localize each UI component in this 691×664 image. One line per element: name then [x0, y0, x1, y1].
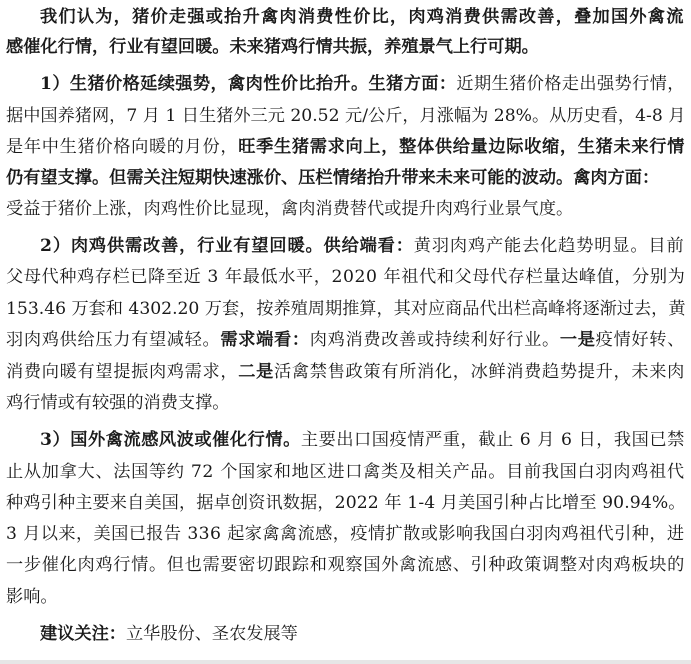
text-line: 消费向暖有望提振肉鸡需求，二是活禽禁售政策有所消化，冰鲜消费趋势提升，未来肉 [6, 357, 685, 387]
bold-text-run: 二是 [238, 362, 274, 382]
text-line: 3）国外禽流感风波或催化行情。主要出口国疫情严重，截止 6 月 6 日，我国已禁 [40, 425, 685, 455]
text-line: 我们认为，猪价走强或抬升禽肉消费性价比，肉鸡消费供需改善，叠加国外禽流 [40, 2, 685, 32]
text-run: 种鸡引种主要来自美国，据卓创资讯数据，2022 年 1-4 月美国引种占比增至 … [6, 493, 686, 513]
bold-text-run: 2）肉鸡供需改善，行业有望回暖。供给端看： [40, 236, 414, 256]
text-run: 鸡行情或有较强的消费支撑。 [6, 393, 229, 413]
text-line: 仍有望支撑。但需关注短期快速涨价、压栏情绪抬升带来未来可能的波动。禽肉方面： [6, 163, 659, 193]
text-run: 是年中生猪价格向暖的月份， [6, 137, 238, 157]
bold-text-run: 建议关注： [40, 624, 126, 644]
text-line: 153.46 万套和 4302.20 万套，按养殖周期推算，其对应商品代出栏高峰… [6, 294, 685, 324]
text-run: 3 月以来，美国已报告 336 起家禽禽流感，疫情扩散或影响我国白羽肉鸡祖代引种… [6, 524, 685, 544]
text-run: 近期生猪价格走出强势行情， [456, 74, 684, 94]
text-run: 据中国养猪网，7 月 1 日生猪外三元 20.52 元/公斤，月涨幅为 28%。… [6, 106, 685, 126]
text-run: 活禽禁售政策有所消化，冰鲜消费趋势提升，未来肉 [274, 362, 685, 382]
text-line: 3 月以来，美国已报告 336 起家禽禽流感，疫情扩散或影响我国白羽肉鸡祖代引种… [6, 519, 685, 549]
bold-text-run: 感催化行情，行业有望回暖。未来猪鸡行情共振，养殖景气上行可期。 [6, 37, 539, 57]
text-line: 止从加拿大、法国等约 72 个国家和地区进口禽类及相关产品。目前我国白羽肉鸡祖代 [6, 457, 685, 487]
bold-text-run: 仍有望支撑。但需关注短期快速涨价、压栏情绪抬升带来未来可能的波动。禽肉方面： [6, 168, 659, 188]
text-line: 据中国养猪网，7 月 1 日生猪外三元 20.52 元/公斤，月涨幅为 28%。… [6, 101, 685, 131]
text-run: 疫情好转、 [596, 330, 685, 350]
text-run: 一步催化肉鸡行情。但也需要密切跟踪和观察国外禽流感、引种政策调整对肉鸡板块的 [6, 555, 685, 575]
bold-text-run: 旺季生猪需求向上，整体供给量边际收缩，生猪未来行情 [238, 137, 685, 157]
text-run: 黄羽肉鸡产能去化趋势明显。目前 [414, 236, 685, 256]
text-line: 感催化行情，行业有望回暖。未来猪鸡行情共振，养殖景气上行可期。 [6, 32, 539, 62]
text-run: 止从加拿大、法国等约 72 个国家和地区进口禽类及相关产品。目前我国白羽肉鸡祖代 [6, 462, 685, 482]
page-bottom-edge [0, 660, 691, 664]
text-run: 消费向暖有望提振肉鸡需求， [6, 362, 238, 382]
text-line: 1）生猪价格延续强势，禽肉性价比抬升。生猪方面：近期生猪价格走出强势行情， [40, 69, 685, 99]
text-run: 肉鸡消费改善或持续利好行业。 [310, 330, 560, 350]
bold-text-run: 3）国外禽流感风波或催化行情。 [40, 430, 301, 450]
text-run: 影响。 [6, 587, 58, 607]
text-line: 鸡行情或有较强的消费支撑。 [6, 388, 229, 418]
text-line: 建议关注：立华股份、圣农发展等 [40, 619, 298, 649]
bold-text-run: 1）生猪价格延续强势，禽肉性价比抬升。生猪方面： [40, 74, 456, 94]
text-run: 153.46 万套和 4302.20 万套，按养殖周期推算，其对应商品代出栏高峰… [6, 299, 685, 319]
bold-text-run: 需求端看： [220, 330, 309, 350]
text-line: 2）肉鸡供需改善，行业有望回暖。供给端看：黄羽肉鸡产能去化趋势明显。目前 [40, 231, 685, 261]
text-line: 父母代种鸡存栏已降至近 3 年最低水平，2020 年祖代和父母代存栏量达峰值，分… [6, 262, 685, 292]
text-run: 立华股份、圣农发展等 [126, 624, 298, 644]
text-line: 一步催化肉鸡行情。但也需要密切跟踪和观察国外禽流感、引种政策调整对肉鸡板块的 [6, 550, 685, 580]
text-run: 父母代种鸡存栏已降至近 3 年最低水平，2020 年祖代和父母代存栏量达峰值，分… [6, 267, 685, 287]
text-line: 羽肉鸡供给压力有望减轻。需求端看：肉鸡消费改善或持续利好行业。一是疫情好转、 [6, 325, 685, 355]
text-line: 是年中生猪价格向暖的月份，旺季生猪需求向上，整体供给量边际收缩，生猪未来行情 [6, 132, 685, 162]
text-run: 羽肉鸡供给压力有望减轻。 [6, 330, 220, 350]
bold-text-run: 一是 [560, 330, 596, 350]
text-line: 影响。 [6, 582, 58, 612]
text-line: 种鸡引种主要来自美国，据卓创资讯数据，2022 年 1-4 月美国引种占比增至 … [6, 488, 686, 518]
text-line: 受益于猪价上涨，肉鸡性价比显现，禽肉消费替代或提升肉鸡行业景气度。 [6, 194, 573, 224]
bold-text-run: 我们认为，猪价走强或抬升禽肉消费性价比，肉鸡消费供需改善，叠加国外禽流 [40, 7, 685, 27]
text-run: 主要出口国疫情严重，截止 6 月 6 日，我国已禁 [301, 430, 685, 450]
text-run: 受益于猪价上涨，肉鸡性价比显现，禽肉消费替代或提升肉鸡行业景气度。 [6, 199, 573, 219]
